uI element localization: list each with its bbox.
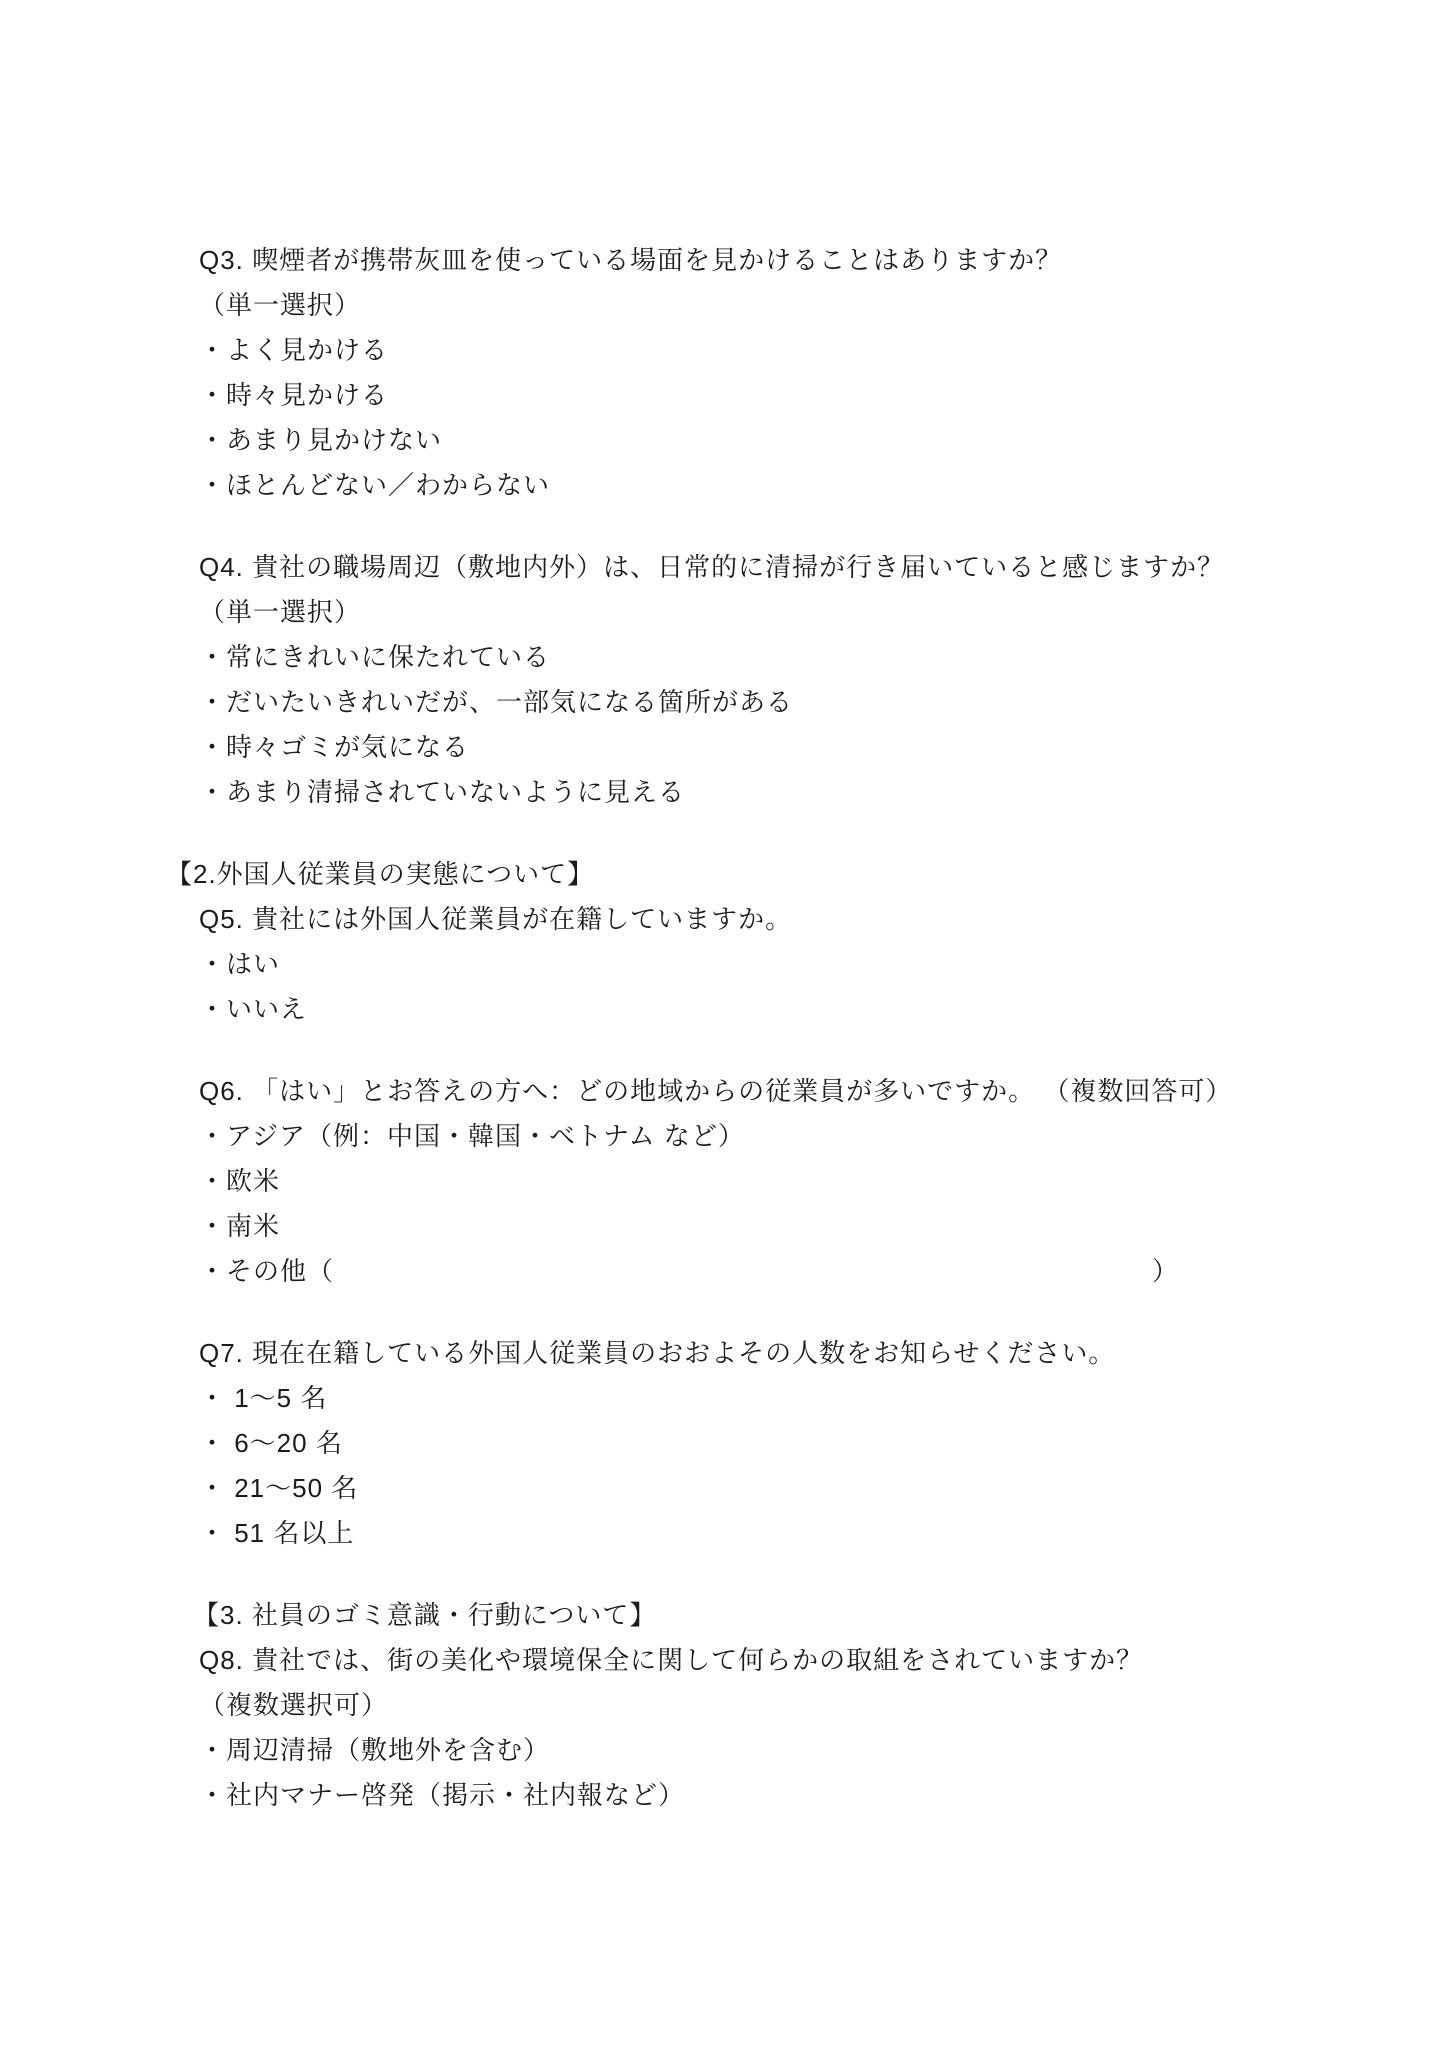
question-q3-option: ・あまり見かけない: [199, 418, 1387, 463]
question-q3-option: ・時々見かける: [199, 373, 1387, 418]
question-q7-option: ・ 51 名以上: [199, 1511, 1387, 1556]
question-q6-option: ・欧米: [199, 1159, 1387, 1204]
question-q6-option: ・南米: [199, 1204, 1387, 1249]
question-q5: Q5. 貴社には外国人従業員が在籍していますか。: [199, 897, 1387, 942]
question-q5-option: ・いいえ: [199, 987, 1387, 1032]
question-q4-option: ・だいたいきれいだが、一部気になる箇所がある: [199, 680, 1387, 725]
question-q3-note: （単一選択）: [199, 283, 1387, 328]
question-q3-option: ・ほとんどない／わからない: [199, 463, 1387, 508]
fill-in-blank: [334, 1279, 1152, 1280]
question-q7-option: ・ 21～50 名: [199, 1466, 1387, 1511]
question-q3: Q3. 喫煙者が携帯灰皿を使っている場面を見かけることはありますか？: [199, 238, 1387, 283]
question-q6-option-other: ・その他（）: [199, 1249, 1387, 1294]
question-q4-option: ・常にきれいに保たれている: [199, 635, 1387, 680]
section-2-header: 【2.外国人従業員の実態について】: [166, 852, 1387, 897]
question-q4-option: ・あまり清掃されていないように見える: [199, 770, 1387, 815]
question-q8-option: ・社内マナー啓発（掲示・社内報など）: [199, 1773, 1387, 1818]
survey-document-page: Q3. 喫煙者が携帯灰皿を使っている場面を見かけることはありますか？ （単一選択…: [0, 0, 1447, 2048]
question-q7-option: ・ 6～20 名: [199, 1421, 1387, 1466]
section-3-header: 【3. 社員のゴミ意識・行動について】: [193, 1593, 1387, 1638]
question-q5-option: ・はい: [199, 942, 1387, 987]
question-q4: Q4. 貴社の職場周辺（敷地内外）は、日常的に清掃が行き届いていると感じますか？: [199, 545, 1387, 590]
question-q8: Q8. 貴社では、街の美化や環境保全に関して何らかの取組をされていますか？: [199, 1638, 1387, 1683]
other-option-open: ・その他（: [199, 1256, 334, 1286]
question-q3-option: ・よく見かける: [199, 328, 1387, 373]
survey-content: Q3. 喫煙者が携帯灰皿を使っている場面を見かけることはありますか？ （単一選択…: [0, 0, 1447, 1818]
question-q6: Q6. 「はい」とお答えの方へ：どの地域からの従業員が多いですか。 （複数回答可…: [199, 1069, 1387, 1114]
question-q8-option: ・周辺清掃（敷地外を含む）: [199, 1728, 1387, 1773]
question-q8-note: （複数選択可）: [199, 1683, 1387, 1728]
question-q4-option: ・時々ゴミが気になる: [199, 725, 1387, 770]
question-q7-option: ・ 1～5 名: [199, 1376, 1387, 1421]
other-option-close: ）: [1152, 1256, 1179, 1286]
question-q6-option: ・アジア（例：中国・韓国・ベトナム など）: [199, 1114, 1387, 1159]
question-q4-note: （単一選択）: [199, 590, 1387, 635]
question-q7: Q7. 現在在籍している外国人従業員のおおよその人数をお知らせください。: [199, 1331, 1387, 1376]
